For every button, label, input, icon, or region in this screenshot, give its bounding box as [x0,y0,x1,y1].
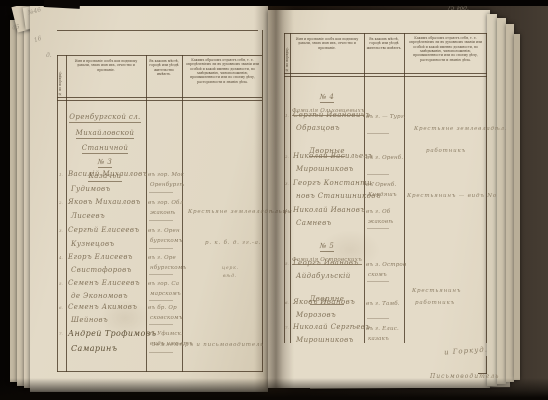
ditto-mark [149,352,173,353]
row-number: 1. [59,172,63,177]
column-header-remarks: Какимъ образомъ отдаютъ себя, т. е. опре… [185,58,260,97]
row-number: 7. [285,325,289,330]
column-header-remarks: Какимъ образомъ отдаютъ себя, т. е. опре… [407,36,484,73]
pencil-corner-note: д. [46,52,52,59]
table-line [404,33,405,343]
page-edge-strip [497,18,506,384]
table-line [284,76,487,77]
scanned-register-photo: №46 45 16 д. № по порядку. Имя и прозван… [0,0,548,400]
residence-entry: въ г. Об [366,209,390,215]
row-number: 2. [285,154,289,159]
residence-entry: въ гор. Мос [148,172,184,178]
handwritten-name: Мирошниковъ [296,165,354,173]
residence-entry: Оренбургѣ [150,182,184,188]
handwritten-name: Сергѣй Елисеевъ [68,226,139,234]
ditto-mark [367,318,389,319]
residence-entry: казакъ [368,336,389,342]
table-line [57,97,262,98]
residence-entry: въ г. Оре [148,255,176,261]
residence-entry: жаковѣ [368,219,393,225]
column-header-place: Въ какомъ мѣстѣ, городѣ или уѣздѣ житель… [148,59,180,96]
residence-entry: скомъ [368,272,387,278]
remark-note: Крестьянинъ [412,288,461,294]
ditto-mark [367,174,389,175]
row-number: 6. [59,305,63,310]
row-number: 4. [59,255,63,260]
residence-entry: въ г. — Тург. [366,114,406,120]
residence-entry: сковскомъ [150,315,183,321]
ditto-mark [149,192,173,193]
ditto-mark [367,133,389,134]
ditto-mark [149,220,173,221]
handwritten-name: Яковъ Михаиловъ [68,198,141,206]
column-header-number: № по порядку. [58,58,62,96]
pencil-corner-note: 45 [11,23,20,31]
ditto-mark [367,281,389,282]
handwritten-name: Николай Сергѣевъ [293,323,370,331]
row-number: 1. [285,113,289,118]
row-number: 4. [285,208,289,213]
handwritten-name: Свистофоровъ [71,266,132,274]
residence-entry: нбургскомъ [150,265,186,271]
table-line [284,73,487,74]
residence-entry: въ г. Елис. [366,326,399,332]
page-edge-strip [506,24,514,382]
table-line [66,55,67,372]
handwritten-name: Георгъ Ивановъ [293,259,358,267]
handwritten-name: Морозовъ [296,311,336,319]
handwritten-name: Образцовъ [296,124,340,132]
handwritten-name: Егоръ Елисеевъ [68,253,133,261]
remark-note: Землемѣръ и письмоводитель [152,342,264,348]
handwritten-name: Николай Ивановъ [293,206,365,214]
residence-entry: марскомъ [150,291,181,297]
table-line [57,55,58,372]
handwritten-name: Лисеевъ [71,212,105,220]
residence-entry: въ гор. Обл [148,200,183,206]
remark-note: работникъ [415,300,455,306]
handwritten-name: Георгъ Константи- [293,179,375,187]
table-line [57,30,258,31]
remark-note: Крестьяне землевладѣльцы [188,209,293,215]
table-line [290,33,291,343]
page-edge-strip [514,34,520,380]
page-edge-strip [487,14,497,386]
handwritten-name: Сергѣй Ивановичъ [293,111,371,119]
table-line [262,30,263,372]
remark-note: Крестьянинъ — видъ Nо [407,193,497,199]
table-line [364,33,365,343]
column-header-place: Въ какомъ мѣстѣ, городѣ или уѣздѣ житель… [366,37,402,72]
remark-note: Крестьяне землевладѣл. [414,126,507,132]
residence-entry: въ з. Остров [366,262,406,268]
residence-entry: Кирдяшъ [368,192,397,198]
handwritten-name: Василій Михаиловъ [68,170,148,178]
table-line [57,371,263,372]
table-line [284,33,487,34]
handwritten-name: Гудимовъ [71,185,111,193]
row-number: 6. [285,300,289,305]
handwritten-name: Николай Васильевъ [293,152,373,160]
column-header-number: № по порядку. [285,36,289,72]
handwritten-name: Мирошниковъ [296,336,354,344]
residence-entry: въ гор. Са [148,281,179,287]
table-line [146,55,147,372]
residence-entry: въ г. Тамб. [366,301,400,307]
residence-entry: въ Оренб. [366,182,396,188]
handwritten-name: Шейновъ [71,316,108,324]
residence-entry: въ г. Оренб. [366,155,403,161]
residence-entry: бургскомъ [150,238,183,244]
row-number: 3. [285,181,289,186]
row-number: 5. [285,261,289,266]
folio-pencil-number: 75 год. [447,5,469,12]
table-corner-mark [486,356,487,374]
handwritten-name: Яковъ Ивановъ [293,298,355,306]
top-shadow [0,0,548,6]
ditto-mark [367,228,389,229]
table-line [57,100,262,101]
ditto-mark [149,324,173,325]
row-number: 2. [59,200,63,205]
handwritten-name: Андрей Трофимовъ [68,329,156,338]
row-number: 7. [59,331,63,336]
remark-note: р. к. б. д. гг.-а. [205,240,261,246]
ditto-mark [149,300,173,301]
handwritten-name: Айдабульскій [296,272,351,280]
ditto-mark [149,274,173,275]
handwritten-name: Кузнецовъ [71,240,115,248]
column-header-names: Имя и прозваніе особъ кои подписку давал… [68,59,144,96]
residence-entry: жаковѣ [150,210,175,216]
table-line [182,55,183,372]
table-line [57,55,262,56]
clerk-signature: Письмоводитель [430,373,499,380]
handwritten-name: Самаринъ [71,344,117,353]
ditto-mark [149,248,173,249]
handwritten-name: Самневъ [296,219,332,227]
handwritten-name: де Экономовъ [71,292,128,300]
remark-note: работникъ [426,148,466,154]
row-number: 5. [59,281,63,286]
remark-note: церк. [222,266,239,271]
remark-note: вѣд. [223,274,237,279]
residence-entry: въ бр. Ор [148,305,177,311]
column-header-names: Имя и прозваніе особъ кои подписку давал… [292,37,362,72]
table-line [284,33,285,343]
table-line [486,33,487,343]
row-number: 3. [59,228,63,233]
handwritten-name: Семенъ Акимовъ [68,303,137,311]
residence-entry: въ Уфимск. [148,331,183,337]
residence-entry: въ г. Орен [148,228,180,234]
handwritten-name: Семенъ Елисеевъ [68,279,140,287]
